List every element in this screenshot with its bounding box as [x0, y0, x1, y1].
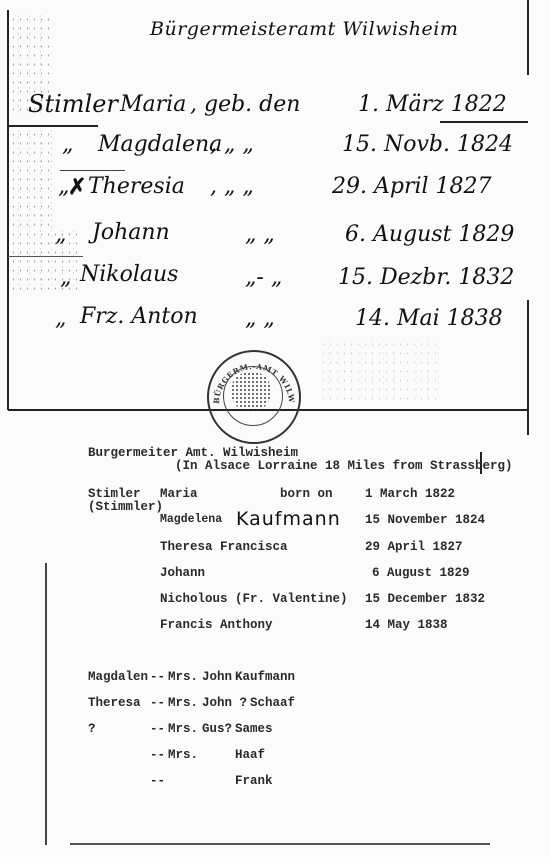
marriage-husband: John ?: [202, 696, 247, 710]
marriage-title: Mrs.: [168, 748, 198, 762]
record-row-given: Maria: [120, 92, 186, 117]
record-row-born: , „ „: [210, 132, 254, 157]
ditto-mark: „: [62, 132, 73, 157]
marriage-surname: Schaaf: [250, 696, 295, 710]
margin-mark: [480, 452, 482, 474]
marriage-who: Theresa: [88, 696, 141, 710]
left-margin-line: [45, 563, 47, 845]
child-name: Magdelena: [160, 513, 222, 526]
ditto-mark: „: [55, 222, 66, 247]
scan-noise: [320, 340, 440, 400]
marriage-title: Mrs.: [168, 722, 198, 736]
child-birth-date: 15 November 1824: [365, 513, 485, 527]
record-row-date: 29. April 1827: [332, 174, 492, 199]
record-row-born: „ „: [245, 306, 275, 331]
marriage-dash: --: [150, 696, 165, 710]
marriage-surname: Frank: [235, 774, 273, 788]
record-row-born: , geb. den: [190, 92, 300, 117]
divider-top: [8, 125, 98, 127]
scan-noise: [10, 130, 55, 230]
record-row-born: , „ „: [210, 174, 254, 199]
child-birth-date: 29 April 1827: [365, 540, 463, 554]
record-row-surname: Stimler: [28, 90, 118, 118]
child-name: Theresa Francisca: [160, 540, 288, 554]
child-birth-date: 14 May 1838: [365, 618, 448, 632]
ditto-mark: „: [55, 306, 66, 331]
marriage-dash: --: [150, 722, 165, 736]
marriage-surname: Sames: [235, 722, 273, 736]
child-birth-date: 15 December 1832: [365, 592, 485, 606]
marriage-dash: --: [150, 748, 165, 762]
record-row-born: „ „: [245, 222, 275, 247]
record-heading: Bürgermeisteramt Wilwisheim: [150, 18, 458, 40]
record-row-given: Nikolaus: [80, 262, 178, 287]
divider-theresa: [60, 170, 125, 171]
marriage-title: Mrs.: [168, 670, 198, 684]
child-name: Johann: [160, 566, 205, 580]
location-line: (In Alsace Lorraine 18 Miles from Strass…: [175, 459, 513, 473]
marriage-who: ?: [88, 722, 96, 736]
right-border: [527, 0, 529, 75]
record-row-given: Frz. Anton: [80, 304, 198, 329]
record-row-date: 14. Mai 1838: [355, 306, 503, 331]
record-row-given: Magdalena: [98, 132, 222, 157]
child-birth-date: 1 March 1822: [365, 487, 455, 501]
marriage-surname: Kaufmann: [235, 670, 295, 684]
ditto-mark: „: [60, 265, 71, 290]
office-line: Burgermeiter Amt. Wilwisheim: [88, 446, 298, 460]
x-mark-icon: ✗: [68, 174, 86, 200]
child-name: Francis Anthony: [160, 618, 273, 632]
handwritten-note: Kaufmann: [236, 508, 341, 530]
child-name: Maria: [160, 487, 198, 501]
left-border: [7, 10, 9, 410]
record-row-date: 15. Dezbr. 1832: [338, 265, 514, 290]
child-name: Nicholous (Fr. Valentine): [160, 592, 348, 606]
record-row-date: 6. August 1829: [345, 222, 514, 247]
marriage-husband: Gus?: [202, 722, 232, 736]
child-birth-date: 6 August 1829: [372, 566, 470, 580]
family-surname: Stimler: [88, 487, 141, 501]
official-seal: BÜRGERM.-AMT WILWISHEIM: [207, 350, 301, 444]
marriage-title: Mrs.: [168, 696, 198, 710]
bottom-edge-line: [70, 843, 490, 845]
marriage-who: Magdalen: [88, 670, 148, 684]
record-row-given: Johann: [92, 220, 170, 245]
record-row-date: 15. Novb. 1824: [342, 132, 513, 157]
right-border-lower: [527, 300, 529, 435]
divider-right: [440, 121, 528, 123]
record-row-born: „- „: [245, 265, 282, 290]
marriage-surname: Haaf: [235, 748, 265, 762]
marriage-dash: --: [150, 670, 165, 684]
marriage-dash: --: [150, 774, 165, 788]
born-label: born on: [280, 487, 333, 501]
family-surname-alt: (Stimmler): [88, 500, 163, 514]
record-row-given: Theresia: [88, 174, 185, 199]
record-row-date: 1. März 1822: [358, 92, 507, 117]
eagle-emblem-icon: [231, 372, 271, 412]
marriage-husband: John: [202, 670, 232, 684]
